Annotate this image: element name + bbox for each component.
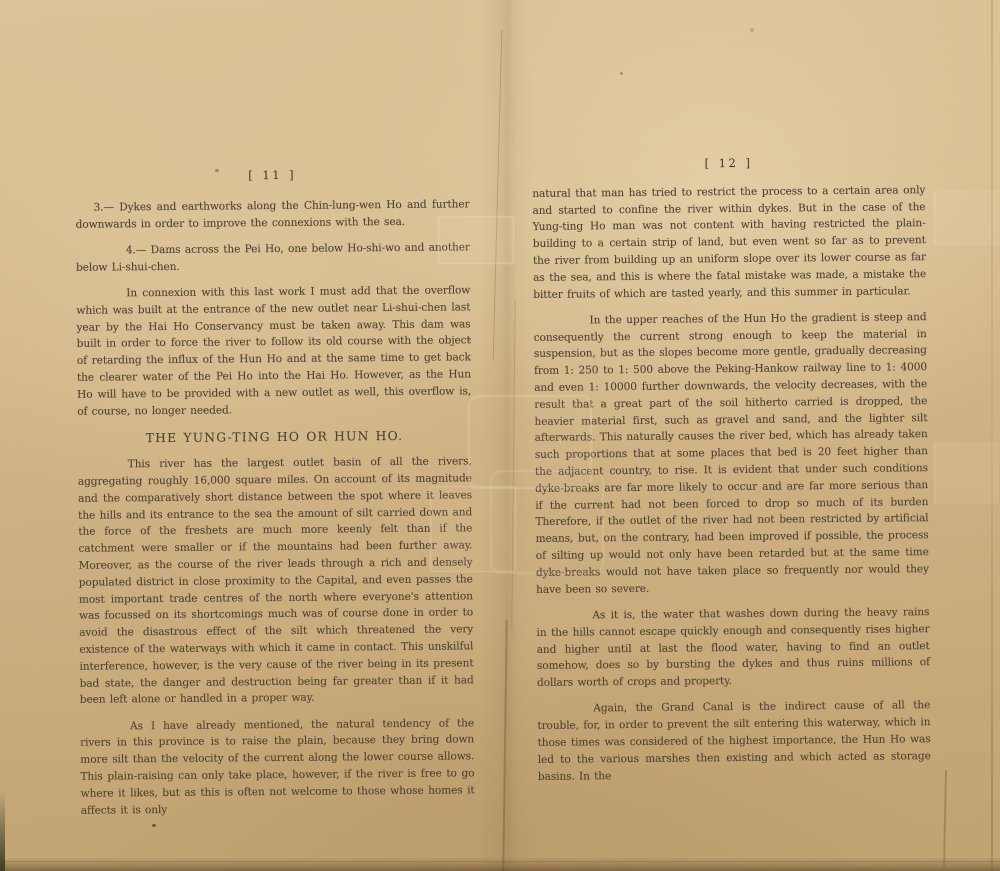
spine-crease-bottom: [502, 620, 508, 871]
left-edge-dark-corner: [0, 791, 5, 871]
spine-crease-top: [493, 30, 503, 360]
bottom-page-edge-shadow: [0, 857, 1000, 871]
paper-speck: [750, 28, 754, 32]
paragraph-upper-reaches: In the upper reaches of the Hun Ho the g…: [533, 309, 929, 598]
page-number-right: [ 12 ]: [532, 153, 925, 174]
right-scan-edge: [991, 0, 993, 871]
paragraph-dams: 4.— Dams across the Pei Ho, one below Ho…: [76, 239, 470, 276]
paragraph-overflow: In connexion with this last work I must …: [76, 282, 471, 420]
spine-crease-mid: [511, 300, 515, 630]
ghost-impression: [934, 442, 999, 504]
right-page: [ 12 ] natural that man has tried to res…: [532, 153, 931, 795]
left-page: [ 11 ] 3.— Dykes and earthworks along th…: [75, 165, 475, 828]
paragraph-plain-raising: As I have already mentioned, the natural…: [80, 715, 475, 819]
paper-speck: [620, 72, 623, 75]
ghost-impression: [934, 190, 999, 246]
bottom-page-edge-line: [0, 861, 1000, 862]
paragraph-dykes: 3.— Dykes and earthworks along the Chin-…: [75, 196, 469, 233]
page-number-left: [ 11 ]: [75, 165, 469, 185]
paragraph-grand-canal: Again, the Grand Canal is the indirect c…: [537, 698, 931, 786]
book-spread-scan: [ 11 ] 3.— Dykes and earthworks along th…: [0, 0, 1000, 871]
paragraph-river-basin: This river has the largest outlet basin …: [78, 453, 474, 708]
paragraph-confine-river: natural that man has tried to restrict t…: [532, 182, 926, 303]
section-heading: THE YUNG-TING HO OR HUN HO.: [77, 428, 471, 448]
paragraph-flood-water: As it is, the water that washes down dur…: [536, 604, 930, 692]
right-page-edge-line: [943, 770, 947, 866]
